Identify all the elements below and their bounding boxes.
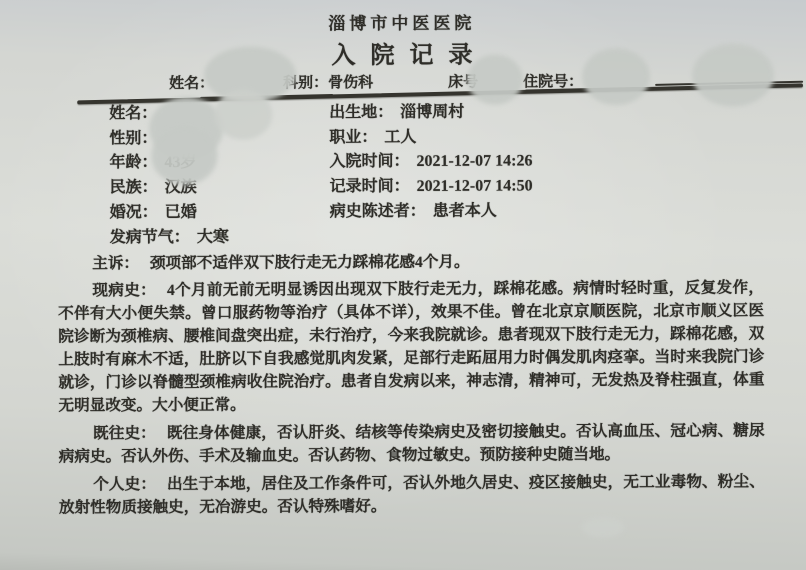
info-row-birthplace: 出生地：淄博周村: [329, 100, 532, 126]
header-dept-value: 骨伤科: [328, 75, 373, 91]
redaction-blur-header-admission-no: [582, 48, 650, 105]
record-title: 入院记录: [0, 33, 805, 72]
info-row-occupation: 职业：工人: [329, 125, 532, 151]
record-body: 主诉：颈项部不适伴双下肢行走无力踩棉花感4个月。 现病史：4个月前无前无明显诱因…: [58, 249, 765, 519]
info-row-record-time: 记录时间：2021-12-07 14:50: [330, 175, 533, 201]
section-present-illness: 现病史：4个月前无前无明显诱因出现双下肢行走无力，踩棉花感。病情时轻时重，反复发…: [58, 276, 765, 417]
info-row-marital-status: 婚况：已婚: [110, 201, 229, 226]
info-row-history-narrator: 病史陈述者：患者本人: [330, 199, 533, 225]
info-row-onset-solar-term: 发病节气：大寒: [110, 225, 229, 250]
redaction-blur-personal-history: [582, 517, 624, 537]
redaction-blur-header-right: [692, 43, 774, 106]
admission-record-document: 淄博市中医医院 入院记录 姓名： 科别：骨伤科 床号 住院号： 姓名： 性别： …: [0, 0, 806, 570]
info-row-admission-time: 入院时间：2021-12-07 14:26: [329, 150, 532, 176]
header-dept-field: 科别：骨伤科: [283, 71, 373, 92]
header-field-row: 姓名： 科别：骨伤科 床号 住院号：: [0, 69, 805, 95]
hospital-name: 淄博市中医医院: [0, 7, 805, 36]
redaction-blur-header-bed: [467, 54, 523, 104]
section-past-history: 既往史：既往身体健康，否认肝炎、结核等传染病史及密切接触史。否认高血压、冠心病、…: [59, 419, 765, 468]
section-personal-history: 个人史：出生于本地，居住及工作条件可，否认外地久居史、疫区接触史，无工业毒物、粉…: [59, 470, 765, 519]
section-chief-complaint: 主诉：颈项部不适伴双下肢行走无力踩棉花感4个月。: [58, 249, 764, 275]
redaction-blur-sex-value: [151, 127, 217, 185]
patient-info-right-column: 出生地：淄博周村 职业：工人 入院时间：2021-12-07 14:26 记录时…: [329, 100, 533, 224]
document-photo: 淄博市中医医院 入院记录 姓名： 科别：骨伤科 床号 住院号： 姓名： 性别： …: [0, 0, 806, 570]
redaction-blur-name-extra: [214, 90, 272, 140]
